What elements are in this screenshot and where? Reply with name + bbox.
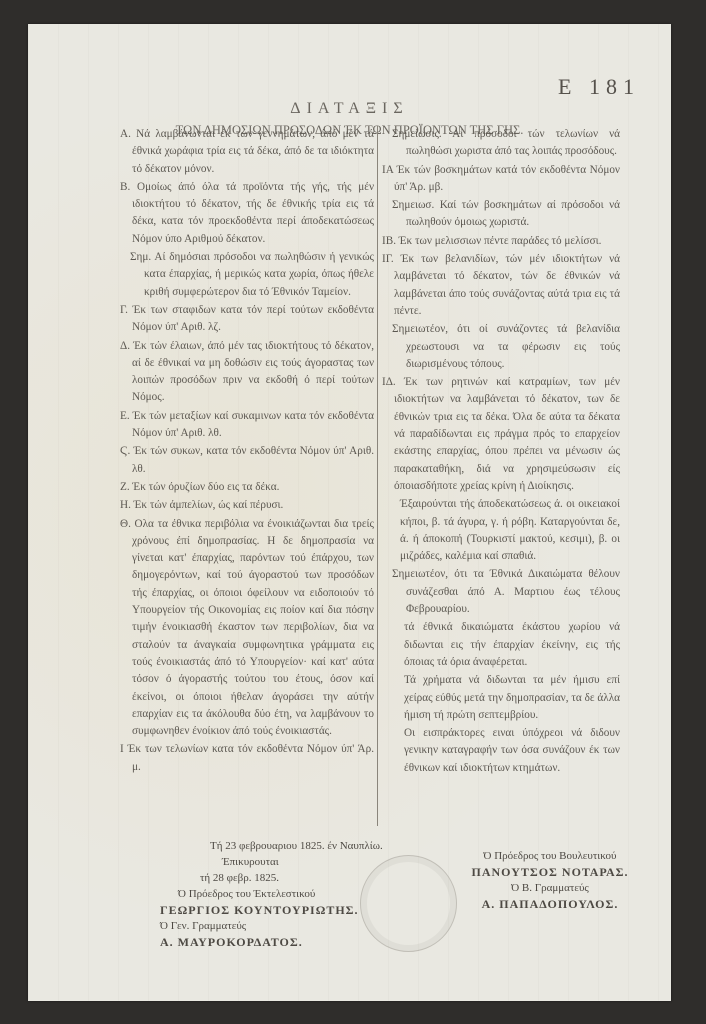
legislative-president-name: ΠΑΝΟΥΤΣΟΣ ΝΟΤΑΡΑΣ. <box>445 864 655 880</box>
ratified-label: Έπικυρουται <box>160 854 460 870</box>
right-column: Σημείωσις. Αί πρόσοδοι τών τελωνίων νά π… <box>382 126 620 778</box>
paragraph-collectors: Οι εισπράκτορες ειναι ύπόχρεοι νά διδουν… <box>382 725 620 777</box>
article-a: Α. Νά λαμβάνωνται έκ τών γεννημάτων, άπό… <box>120 126 374 178</box>
article-g: Γ. Έκ των σταφιδων κατα τόν περί τούτων … <box>120 302 374 337</box>
b-secretary-role: Ό Β. Γραμματεύς <box>445 880 655 896</box>
article-z: Ζ. Έκ τών όρυζίων δύο εις τα δέκα. <box>120 479 374 496</box>
paragraph-village-rights: τά έθνικά δικαιώματα έκάστου χωρίου νά δ… <box>382 619 620 671</box>
executive-president-name: ΓΕΩΡΓΙΟΣ ΚΟΥΝΤΟΥΡΙΩΤΗΣ. <box>160 902 460 918</box>
article-ig: ΙΓ. Έκ των βελανιδίων, τών μέν ιδιοκτήτω… <box>382 251 620 320</box>
note-public-revenue: Σημ. Αί δημόσιαι πρόσοδοι να πωληθώσιν ή… <box>120 249 374 301</box>
article-ib: ΙΒ. Έκ των μελισσιων πέντε παράδες τό με… <box>382 233 620 250</box>
article-b: Β. Ομοίως άπό όλα τά προϊόντα τής γής, τ… <box>120 179 374 248</box>
article-id: ΙΔ. Έκ των ρητινών καί κατραμίων, των μέ… <box>382 374 620 495</box>
article-e: Ε. Έκ τών μεταξίων καί συκαμινων κατα τό… <box>120 408 374 443</box>
signature-block-executive: Τή 23 φεβρουαριου 1825. έν Ναυπλίω. Έπικ… <box>160 838 460 950</box>
paragraph-payments: Τά χρήματα νά διδωνται τα μέν ήμισυ επί … <box>382 672 620 724</box>
article-d: Δ. Έκ τών έλαιων, άπό μέν τας ιδιοκτήτου… <box>120 338 374 407</box>
left-column: Α. Νά λαμβάνωνται έκ τών γεννημάτων, άπό… <box>120 126 374 777</box>
b-secretary-name: Α. ΠΑΠΑΔΟΠΟΥΛΟΣ. <box>445 896 655 912</box>
article-th: Θ. Ολα τα έθνικα περιβόλια να ένοικιάζων… <box>120 516 374 741</box>
note-acorns: Σημειωτέον, ότι οί συνάζοντες τά βελανίδ… <box>382 321 620 373</box>
article-i: Ι Έκ των τελωνίων κατα τόν εκδοθέντα Νόμ… <box>120 741 374 776</box>
article-h: Η. Έκ τών άμπελίων, ώς καί πέρυσι. <box>120 497 374 514</box>
exemptions-paragraph: Έξαιρούνται τής άποδεκατώσεως ά. οι οικε… <box>382 496 620 565</box>
article-ia: ΙΑ Έκ τών βοσκημάτων κατά τόν εκδοθέντα … <box>382 162 620 197</box>
note-livestock: Σημειωσ. Καί τών βοσκημάτων αί πρόσοδοι … <box>382 197 620 232</box>
date-line: Τή 23 φεβρουαριου 1825. έν Ναυπλίω. <box>160 838 460 854</box>
column-divider <box>377 126 378 826</box>
general-secretary-name: Α. ΜΑΥΡΟΚΟΡΔΑΤΟΣ. <box>160 934 460 950</box>
general-secretary-role: Ό Γεν. Γραμματεύς <box>160 918 460 934</box>
executive-president-role: Ό Πρόεδρος του Έκτελεστικού <box>160 886 460 902</box>
article-st: Ϛ. Έκ τών συκων, κατα τόν εκδοθέντα Νόμο… <box>120 443 374 478</box>
document-title: ΔΙΑΤΑΞΙΣ <box>28 100 671 118</box>
note-customs: Σημείωσις. Αί πρόσοδοι τών τελωνίων νά π… <box>382 126 620 161</box>
shelfmark: E 181 <box>558 74 640 100</box>
signature-block-legislative: Ό Πρόεδρος του Βουλευτικού ΠΑΝΟΥΤΣΟΣ ΝΟΤ… <box>445 848 655 912</box>
ratified-date: τή 28 φεβρ. 1825. <box>160 870 460 886</box>
legislative-president-role: Ό Πρόεδρος του Βουλευτικού <box>445 848 655 864</box>
note-national-rights: Σημειωτέον, ότι τα Έθνικά Δικαιώματα θέλ… <box>382 566 620 618</box>
